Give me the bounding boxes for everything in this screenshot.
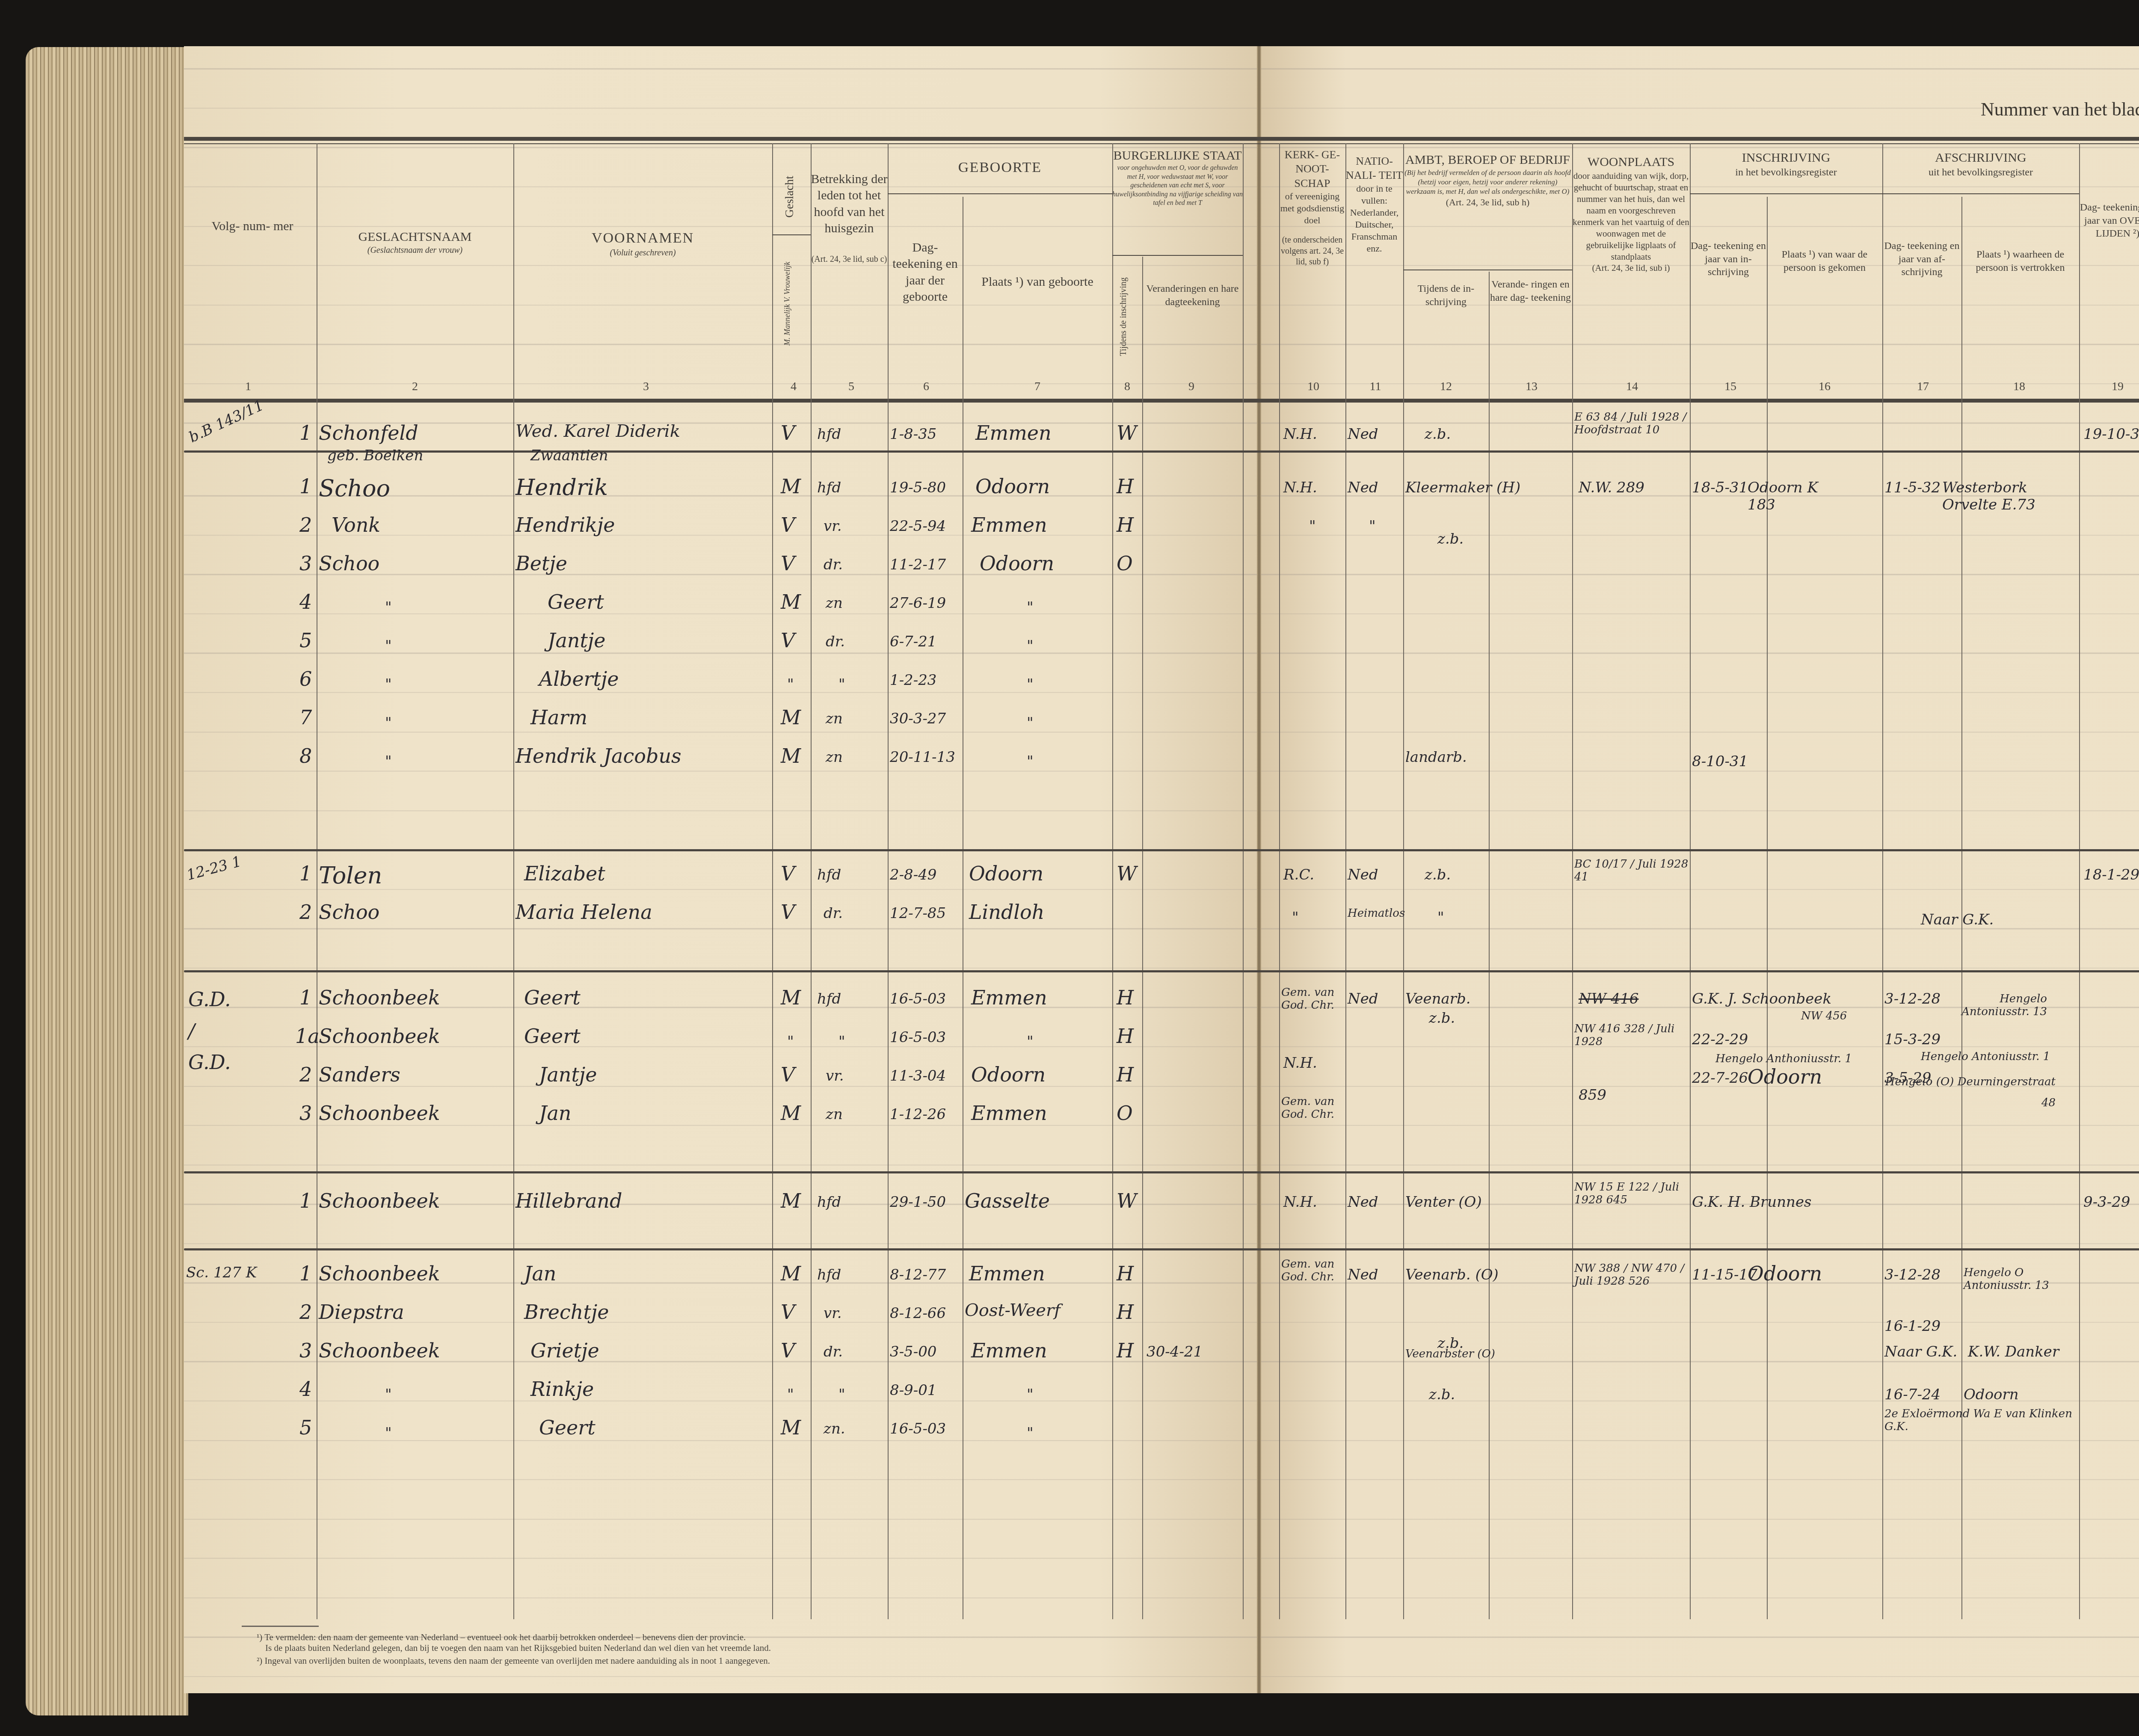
sheet-number-label: Nummer van het blad [1981, 98, 2139, 120]
cell-voornamen: Grietje [530, 1339, 599, 1362]
cell-voornamen: Wed. Karel Diderik [515, 421, 680, 441]
cell-geb-datum: 8-9-01 [890, 1382, 937, 1399]
cell-geslacht: M [781, 590, 801, 613]
cell-woonplaats: NW 388 / NW 470 / Juli 1928 526 [1574, 1262, 1690, 1288]
cell-naam: Schoonbeek [319, 1102, 440, 1125]
cell-geb-plaats: Lindloh [969, 901, 1044, 924]
cell-voornamen: Betje [515, 552, 567, 575]
cell-nr: 6 [299, 667, 312, 690]
household-separator [184, 849, 2139, 851]
header-woonplaats: WOONPLAATS door aanduiding van wijk, dor… [1572, 154, 1690, 274]
col-divider [1345, 143, 1346, 1619]
header-afschrijving: AFSCHRIJVING uit het bevolkingsregister [1882, 150, 2079, 179]
cell-geslacht: M [781, 744, 801, 767]
cell-naam: " [385, 1425, 392, 1442]
col-divider [888, 143, 889, 1619]
col-divider [513, 143, 514, 1619]
colnum-3: 3 [637, 380, 655, 394]
cell-geb-datum: 29-1-50 [890, 1194, 946, 1211]
cell-geslacht: " [787, 1386, 794, 1403]
cell-woonplaats: 859 [1579, 1087, 1606, 1104]
cell-geslacht: M [781, 1262, 801, 1285]
cell-nat: Ned [1348, 990, 1378, 1007]
header-geboorte: GEBOORTE [888, 158, 1112, 177]
cell-geb-datum: 8-12-77 [890, 1266, 946, 1283]
cell-nr: 1 [299, 421, 312, 444]
cell-woonplaats: NW 416 [1579, 990, 1638, 1007]
cell-geslacht: " [787, 676, 794, 693]
book-spine [1257, 46, 1261, 1693]
cell-betrekking: " [838, 1033, 845, 1050]
colnum-15: 15 [1722, 380, 1739, 394]
cell-kerk: " [1309, 518, 1316, 535]
cell-betrekking: dr. [824, 556, 843, 573]
cell-kerk: N.H. [1283, 426, 1317, 443]
cell-naam: Sanders [319, 1063, 400, 1086]
header-geb-plaats: Plaats ¹) van geboorte [963, 274, 1112, 290]
cell-afschr-plaats: Odoorn [1964, 1386, 2019, 1403]
cell-geb-plaats: Emmen [975, 421, 1052, 444]
header-overlijden: Dag- teekening en jaar van OVER- LIJDEN … [2079, 201, 2139, 240]
cell-staat: O [1117, 1102, 1133, 1125]
cell-beroep: landarb. [1405, 749, 1467, 766]
cell-beroep: Veenarb. [1405, 990, 1471, 1007]
cell-betrekking: zn. [824, 1420, 845, 1437]
cell-geb-plaats: " [1027, 1425, 1034, 1442]
cell-beroep: z.b. [1429, 1010, 1455, 1027]
colnum-9: 9 [1183, 380, 1200, 394]
cell-voornamen: Jan [524, 1262, 557, 1285]
cell-naam: Diepstra [319, 1301, 404, 1324]
header-staat-veranderingen: Veranderingen en hare dagteekening [1142, 282, 1243, 308]
cell-afschr-datum: 3-12-28 [1884, 1266, 1941, 1283]
cell-geslacht: M [781, 1416, 801, 1439]
cell-inschr-datum: 18-5-31 [1692, 479, 1748, 496]
inschrijving-subrule [1690, 193, 1882, 194]
cell-nat: Ned [1348, 866, 1378, 883]
cell-geb-datum: 30-3-27 [890, 710, 946, 727]
cell-betrekking: vr. [824, 1305, 842, 1322]
cell-geslacht: M [781, 1189, 801, 1212]
cell-voornamen: Albertje [539, 667, 619, 690]
cell-geb-plaats: Oost-Weerf [965, 1301, 1061, 1320]
cell-geslacht: V [781, 1063, 795, 1086]
cell-voornamen: Elizabet [524, 862, 605, 885]
header-bottom-rule [184, 399, 2139, 403]
header-inschr-datum: Dag- teekening en jaar van in- schrijvin… [1690, 240, 1767, 279]
cell-voornamen: Geert [539, 1416, 595, 1439]
cell-geb-plaats: Emmen [969, 1262, 1045, 1285]
cell-nr: 1 [299, 475, 312, 498]
cell-geslacht: V [781, 629, 795, 652]
cell-voornamen: Geert [548, 590, 604, 613]
cell-beroep: z.b. [1425, 866, 1451, 883]
cell-nr: 2 [299, 513, 312, 536]
header-geslacht-legend: M. Mannelijk V. Vrouwelijk [783, 257, 792, 351]
col-divider [1767, 197, 1768, 1619]
cell-afschr-datum: 16-7-24 [1884, 1386, 1941, 1403]
col-divider [1112, 143, 1113, 1619]
header-top-rule [184, 137, 2139, 141]
header-afschr-datum: Dag- teekening en jaar van af- schrijvin… [1882, 240, 1961, 279]
cell-inschr-plaats: Odoorn [1748, 1065, 1822, 1088]
cell-naam: Schoonbeek [319, 1189, 440, 1212]
cell-geb-datum: 11-3-04 [890, 1067, 946, 1084]
cell-betrekking: zn [826, 595, 843, 612]
margin-note: Sc. 127 K [186, 1264, 257, 1281]
header-beroep-veranderingen: Verande- ringen en hare dag- teekening [1489, 278, 1572, 304]
cell-voornamen: Jantje [548, 629, 605, 652]
cell-naam: " [385, 714, 392, 732]
cell-nat: Ned [1348, 1194, 1378, 1211]
cell-voornamen: Hendrik [515, 475, 608, 501]
col-divider [1489, 272, 1490, 1619]
cell-geb-datum: 20-11-13 [890, 749, 955, 766]
cell-beroep: Veenarbster (O) [1405, 1348, 1495, 1360]
cell-betrekking: zn [826, 710, 843, 727]
cell-afschr-datum: Naar G.K. [1921, 911, 1994, 928]
cell-kerk: N.H. [1283, 1194, 1317, 1211]
cell-afschr-datum: 16-1-29 [1884, 1318, 1941, 1335]
colnum-18: 18 [2011, 380, 2028, 394]
cell-afschr-plaats: Hengelo Antoniusstr. 13 [1944, 992, 2047, 1018]
cell-beroep: z.b. [1425, 426, 1451, 443]
cell-voornamen: Brechtje [524, 1301, 609, 1324]
cell-geb-plaats: Emmen [971, 1339, 1047, 1362]
book-page-edges-left [26, 47, 188, 1715]
header-volgnummer: Volg- num- mer [188, 218, 317, 234]
cell-geb-datum: 1-8-35 [890, 426, 937, 443]
cell-geb-datum: 16-5-03 [890, 990, 946, 1007]
cell-nat: Ned [1348, 479, 1378, 496]
cell-geb-plaats: Odoorn [975, 475, 1050, 498]
col-divider [2079, 143, 2080, 1619]
cell-naam-2: geb. Boelken [327, 447, 423, 464]
cell-geb-plaats: Odoorn [980, 552, 1054, 575]
cell-afschr-datum: 11-5-32 [1884, 479, 1941, 496]
header-burgerlijke-staat: BURGERLIJKE STAAT voor ongehuwden met O,… [1112, 148, 1243, 208]
cell-voornamen: Geert [524, 1025, 581, 1048]
cell-staat: W [1117, 1189, 1137, 1212]
colnum-14: 14 [1624, 380, 1641, 394]
cell-geslacht: V [781, 421, 795, 444]
cell-staat: H [1117, 1301, 1134, 1324]
cell-geslacht: M [781, 986, 801, 1009]
cell-kerk: N.H. [1283, 479, 1317, 496]
colnum-5: 5 [843, 380, 860, 394]
cell-nr: 4 [299, 1378, 312, 1401]
margin-note: G.D. / G.D. [188, 984, 240, 1078]
cell-voornamen: Jan [539, 1102, 572, 1125]
cell-staat: H [1117, 1025, 1134, 1048]
cell-inschr-plaats: Hengelo Anthoniusstr. 1 [1715, 1052, 1852, 1065]
cell-nr: 1a [295, 1025, 320, 1048]
cell-afschr-plaats: Westerbork Orvelte E.73 [1942, 479, 2071, 513]
cell-geb-plaats: Emmen [971, 986, 1047, 1009]
cell-naam: Schoo [319, 552, 379, 575]
cell-inschr-plaats: NW 456 [1801, 1010, 1847, 1022]
colnum-17: 17 [1914, 380, 1932, 394]
cell-betrekking: zn [826, 749, 843, 766]
cell-betrekking: dr. [824, 905, 843, 922]
cell-woonplaats: NW 416 328 / Juli 1928 [1574, 1022, 1690, 1048]
cell-kerk: Gem. van God. Chr. [1281, 1095, 1345, 1121]
header-geslachtsnaam: GESLACHTSNAAM (Geslachtsnaam der vrouw) [317, 229, 513, 256]
cell-inschr-datum: 22-2-29 [1692, 1031, 1748, 1048]
cell-inschr-datum: G.K. J. Schoonbeek [1692, 990, 1831, 1007]
cell-geslacht: " [787, 1033, 794, 1050]
colnum-4: 4 [785, 380, 802, 394]
cell-geb-datum: 22-5-94 [890, 518, 946, 535]
cell-beroep: Veenarb. (O) [1405, 1266, 1499, 1283]
cell-afschr-datum: 15-3-29 [1884, 1031, 1941, 1048]
col-divider [1243, 143, 1244, 1619]
cell-geslacht: V [781, 1301, 795, 1324]
header-geslacht: Geslacht [783, 165, 797, 229]
cell-staat: H [1117, 1262, 1134, 1285]
burgerlijke-subrule [1112, 255, 1243, 256]
cell-voornamen: Hendrikje [515, 513, 615, 536]
cell-geb-datum: 2-8-49 [890, 866, 937, 883]
cell-geb-datum: 12-7-85 [890, 905, 946, 922]
cell-naam: Schoo [319, 475, 390, 502]
cell-staat: H [1117, 475, 1134, 498]
colnum-10: 10 [1305, 380, 1322, 394]
cell-kerk: Gem. van God. Chr. [1281, 986, 1345, 1012]
col-divider [1572, 143, 1573, 1619]
cell-nr: 5 [299, 1416, 312, 1439]
cell-nr: 1 [299, 986, 312, 1009]
cell-woonplaats: BC 10/17 / Juli 1928 41 [1574, 858, 1690, 883]
cell-nr: 1 [299, 862, 312, 885]
colnum-11: 11 [1367, 380, 1384, 394]
cell-nr: 2 [299, 1301, 312, 1324]
cell-nr: 1 [299, 1189, 312, 1212]
cell-beroep: Venter (O) [1405, 1194, 1482, 1211]
household-separator [184, 1248, 2139, 1250]
cell-staat: H [1117, 986, 1134, 1009]
cell-voornamen: Maria Helena [515, 901, 652, 924]
cell-nr: 1 [299, 1262, 312, 1285]
cell-voornamen: Harm [530, 706, 587, 729]
cell-staat-verandering: 30-4-21 [1147, 1343, 1203, 1360]
colnum-13: 13 [1523, 380, 1540, 394]
cell-nr: 5 [299, 629, 312, 652]
cell-nr: 3 [299, 1339, 312, 1362]
cell-nr: 3 [299, 1102, 312, 1125]
cell-geb-plaats: Odoorn [969, 862, 1043, 885]
household-separator [184, 450, 2139, 453]
cell-geb-plaats: Gasselte [965, 1189, 1050, 1212]
cell-nr: 2 [299, 1063, 312, 1086]
cell-beroep: z.b. [1429, 1386, 1455, 1403]
cell-woonplaats: E 63 84 / Juli 1928 / Hoofdstraat 10 [1574, 411, 1690, 436]
cell-geb-datum: 8-12-66 [890, 1305, 946, 1322]
cell-staat: W [1117, 862, 1137, 885]
cell-kerk: N.H. [1283, 1055, 1317, 1072]
cell-staat: H [1117, 513, 1134, 536]
cell-geb-plaats: Odoorn [971, 1063, 1046, 1086]
cell-betrekking: hfd [817, 866, 841, 883]
colnum-16: 16 [1816, 380, 1833, 394]
header-kerkgenootschap: KERK- GE- NOOT- SCHAP of vereeniging met… [1279, 148, 1345, 268]
cell-betrekking: vr. [826, 1067, 844, 1084]
colnum-2: 2 [406, 380, 424, 394]
header-staat-tijdens: Tijdens de inschrijving [1119, 274, 1129, 359]
right-page [1260, 46, 2139, 1693]
header-inschr-plaats: Plaats ¹) van waar de persoon is gekomen [1767, 248, 1882, 274]
cell-naam: Schoonbeek [319, 1025, 440, 1048]
cell-naam: " [385, 637, 392, 655]
cell-betrekking: hfd [817, 479, 841, 496]
cell-afschr-plaats: Hengelo (O) Deurningerstraat 48 [1884, 1072, 2056, 1114]
colnum-8: 8 [1119, 380, 1136, 394]
colnum-12: 12 [1437, 380, 1455, 394]
cell-afschr-note: 2e Exloërmond Wa E van Klinken G.K. [1884, 1407, 2081, 1433]
cell-staat: H [1117, 1063, 1134, 1086]
cell-voornamen-2: Zwaantien [530, 447, 608, 464]
cell-nr: 3 [299, 552, 312, 575]
cell-nr: 7 [299, 706, 312, 729]
header-inschrijving: INSCHRIJVING in het bevolkingsregister [1690, 150, 1882, 179]
cell-betrekking: " [838, 1386, 845, 1403]
cell-naam: " [385, 599, 392, 616]
cell-geslacht: M [781, 706, 801, 729]
cell-geslacht: V [781, 513, 795, 536]
cell-geb-datum: 11-2-17 [890, 556, 946, 573]
colnum-6: 6 [918, 380, 935, 394]
cell-geslacht: M [781, 1102, 801, 1125]
footnote-rule [242, 1626, 319, 1627]
cell-afschr-datum: Naar G.K. [1884, 1343, 1957, 1360]
cell-naam: Schoonbeek [319, 1262, 440, 1285]
geboorte-subrule [888, 193, 1112, 194]
header-betrekking: Betrekking der leden tot het hoofd van h… [811, 171, 888, 265]
footnote-2: ²) Ingeval van overlijden buiten de woon… [257, 1656, 770, 1666]
header-nationaliteit: NATIO- NALI- TEIT door in te vullen: Ned… [1345, 154, 1403, 255]
cell-geb-datum: 19-5-80 [890, 479, 946, 496]
cell-naam: Tolen [319, 862, 382, 889]
header-geb-datum: Dag- teekening en jaar der geboorte [888, 240, 963, 305]
cell-afschr-plaats: Hengelo Antoniusstr. 1 [1921, 1050, 2050, 1063]
col-divider [317, 143, 317, 1619]
cell-geb-datum: 1-12-26 [890, 1106, 946, 1123]
cell-inschr-datum: 22-7-26 [1692, 1069, 1748, 1087]
cell-beroep: " [1437, 909, 1444, 926]
cell-geb-datum: 3-5-00 [890, 1343, 937, 1360]
cell-geb-plaats: " [1027, 1033, 1034, 1050]
cell-voornamen: Hillebrand [515, 1189, 622, 1212]
cell-naam: " [385, 753, 392, 770]
cell-betrekking: hfd [817, 990, 841, 1007]
header-voornamen: VOORNAMEN (Voluit geschreven) [513, 229, 772, 258]
cell-staat: W [1117, 421, 1137, 444]
cell-woonplaats: NW 15 E 122 / Juli 1928 645 [1574, 1181, 1690, 1206]
col-divider [963, 197, 963, 1619]
cell-kerk: Gem. van God. Chr. [1281, 1258, 1345, 1283]
cell-inschr-plaats: Odoorn [1748, 1262, 1822, 1285]
header-ambt-beroep: AMBT, BEROEP OF BEDRIJF (Bij het bedrijf… [1403, 152, 1572, 208]
cell-overlijden: 9-3-29 [2083, 1194, 2130, 1211]
cell-betrekking: zn [826, 1106, 843, 1123]
cell-geb-plaats: " [1027, 599, 1034, 616]
cell-geb-datum: 27-6-19 [890, 595, 946, 612]
cell-nr: 8 [299, 744, 312, 767]
colnum-19: 19 [2109, 380, 2126, 394]
cell-afschr-plaats: K.W. Danker [1968, 1343, 2059, 1360]
colnum-7: 7 [1029, 380, 1046, 394]
cell-voornamen: Jantje [539, 1063, 597, 1086]
cell-naam: Schoo [319, 901, 379, 924]
cell-inschr-datum: 8-10-31 [1692, 753, 1748, 770]
cell-betrekking: hfd [817, 426, 841, 443]
cell-afschr-datum: 3-12-28 [1884, 990, 1941, 1007]
cell-beroep: z.b. [1437, 530, 1464, 548]
cell-geslacht: M [781, 475, 801, 498]
cell-geb-plaats: Emmen [971, 1102, 1047, 1125]
cell-betrekking: dr. [824, 1343, 843, 1360]
cell-nat: Heimatlos [1348, 907, 1405, 920]
cell-betrekking: vr. [824, 518, 842, 535]
cell-betrekking: hfd [817, 1194, 841, 1211]
cell-nat: " [1369, 518, 1376, 535]
cell-geslacht: V [781, 552, 795, 575]
col-divider [811, 143, 812, 1619]
col-divider [1142, 257, 1143, 1619]
cell-voornamen: Hendrik Jacobus [515, 744, 681, 767]
cell-voornamen: Geert [524, 986, 581, 1009]
col-divider [1690, 143, 1691, 1619]
cell-geb-plaats: " [1027, 637, 1034, 655]
cell-beroep: Kleermaker (H) [1405, 479, 1520, 496]
cell-betrekking: hfd [817, 1266, 841, 1283]
cell-staat: O [1117, 552, 1133, 575]
cell-inschr-datum: G.K. H. Brunnes [1692, 1194, 1812, 1211]
cell-geb-plaats: Emmen [971, 513, 1047, 536]
col-divider [1882, 143, 1883, 1619]
cell-geb-datum: 6-7-21 [890, 633, 937, 650]
cell-geb-datum: 16-5-03 [890, 1420, 946, 1437]
cell-geb-datum: 1-2-23 [890, 672, 937, 689]
cell-geslacht: V [781, 901, 795, 924]
col-divider [772, 143, 773, 1619]
cell-nat: Ned [1348, 1266, 1378, 1283]
cell-nr: 2 [299, 901, 312, 924]
cell-staat: H [1117, 1339, 1134, 1362]
afschrijving-subrule [1882, 193, 2079, 194]
cell-naam: Vonk [332, 513, 380, 536]
cell-kerk: " [1292, 909, 1299, 926]
cell-geslacht: V [781, 862, 795, 885]
cell-voornamen: Rinkje [530, 1378, 594, 1401]
header-top-rule-thin [184, 143, 2139, 144]
cell-overlijden: 19-10-33 [2083, 426, 2139, 443]
cell-geslacht: V [781, 1339, 795, 1362]
cell-afschr-plaats: Hengelo O Antoniusstr. 13 [1964, 1266, 2079, 1292]
header-beroep-tijdens: Tijdens de in- schrijving [1403, 282, 1489, 308]
household-separator [184, 970, 2139, 972]
footnote-1-cont: Is de plaats buiten Nederland gelegen, d… [265, 1643, 771, 1653]
cell-naam: " [385, 676, 392, 693]
cell-geb-plaats: " [1027, 1386, 1034, 1403]
cell-geb-plaats: " [1027, 753, 1034, 770]
cell-naam: Schoonbeek [319, 1339, 440, 1362]
header-afschr-plaats: Plaats ¹) waarheen de persoon is vertrok… [1961, 248, 2079, 274]
col-divider [1403, 143, 1404, 1619]
colnum-1: 1 [240, 380, 257, 394]
cell-nat: Ned [1348, 426, 1378, 443]
cell-geb-plaats: " [1027, 676, 1034, 693]
